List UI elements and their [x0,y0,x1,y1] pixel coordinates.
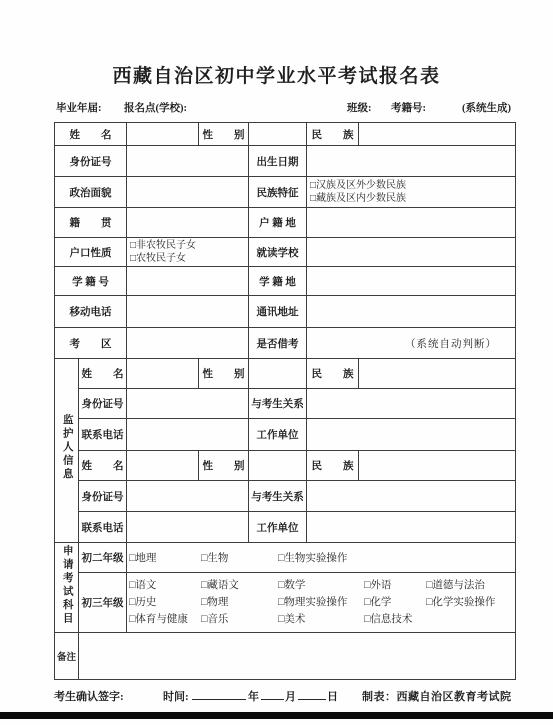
subject-checkbox-chinese: □语文 [129,577,201,594]
year-blank-line [192,688,246,700]
subject-checkbox-physics: □物理 [201,594,278,611]
guardian1-ethnicity-value [359,359,516,389]
address-value [307,296,516,328]
guardian1-gender-label: 性 别 [199,359,249,389]
address-label: 通讯地址 [249,296,307,328]
household-place-value [307,208,516,238]
birth-date-label: 出生日期 [249,146,307,177]
signature-label: 考生确认签字: [54,688,124,704]
year-label: 年 [248,688,259,704]
student-no-place-value [307,267,516,296]
borrowed-exam-note: （系统自动判断） [307,328,516,359]
political-status-label: 政治面貌 [55,177,127,208]
remarks-label: 备注 [55,633,79,680]
mobile-value [127,296,249,328]
school-label: 就读学校 [249,238,307,267]
student-name-value [127,123,199,146]
registration-point-label: 报名点(学校): [124,100,187,115]
month-label: 月 [285,688,296,704]
subject-checkbox-biology-lab: □生物实验操作 [278,550,515,565]
subject-checkbox-biology: □生物 [201,550,278,565]
exam-district-value [127,328,249,359]
household-type-option-checkbox: □农牧民子女 [130,252,248,265]
subject-checkbox-geography: □地理 [129,550,201,565]
grade2-label: 初二年级 [79,543,127,573]
subject-checkbox-math: □数学 [278,577,364,594]
exam-district-label: 考 区 [55,328,127,359]
guardian1-id-value [127,389,249,419]
subject-checkbox-pe-health: □体育与健康 [129,611,201,628]
student-gender-value [249,123,307,146]
ethnic-feature-label: 民族特征 [249,177,307,208]
bottom-black-bar [0,712,553,719]
native-place-label: 籍 贯 [55,208,127,238]
time-label: 时间: [163,688,189,704]
guardian2-ethnicity-label: 民 族 [307,451,359,481]
subject-checkbox-art: □美术 [278,611,364,628]
subject-checkbox-morality-law: □道德与法治 [426,577,515,594]
subject-checkbox-history: □历史 [129,594,201,611]
ethnic-feature-option-checkbox: □藏族及区内少数民族 [310,192,515,205]
household-place-label: 户 籍 地 [249,208,307,238]
mobile-label: 移动电话 [55,296,127,328]
subjects-section-label: 申请考试科目 [61,545,72,626]
remarks-value [79,633,516,680]
guardian1-relation-value [307,389,516,419]
grade2-subjects-cell: □地理 □生物 □生物实验操作 [127,543,516,573]
guardian2-ethnicity-value [359,451,516,481]
form-footer: 考生确认签字: 时间: 年 月 日 制表：西藏自治区教育考试院 [0,688,553,706]
subject-checkbox-foreign-language: □外语 [364,577,426,594]
guardian2-id-label: 身份证号 [79,481,127,512]
guardian-section-cell: 监护人信息 [55,359,79,543]
student-name-label: 姓 名 [55,123,127,146]
subject-checkbox-chemistry-lab: □化学实验操作 [426,594,515,611]
student-no-value [127,267,249,296]
subject-checkbox-music: □音乐 [201,611,278,628]
grade3-label: 初三年级 [79,573,127,633]
form-maker-label: 制表：西藏自治区教育考试院 [362,688,512,704]
guardian1-gender-value [249,359,307,389]
student-id-label: 身份证号 [55,146,127,177]
household-type-option-checkbox: □非农牧民子女 [130,239,248,252]
guardian2-workunit-value [307,512,516,543]
student-ethnicity-value [359,123,516,146]
guardian2-workunit-label: 工作单位 [249,512,307,543]
ethnic-feature-options: □汉族及区外少数民族 □藏族及区内少数民族 [307,177,516,208]
guardian1-workunit-value [307,419,516,451]
household-type-label: 户口性质 [55,238,127,267]
birth-date-value [307,146,516,177]
guardian-section-label: 监护人信息 [61,414,72,482]
student-id-value [127,146,249,177]
day-label: 日 [327,688,338,704]
guardian1-name-label: 姓 名 [79,359,127,389]
grade3-subjects-cell: □语文 □藏语文 □数学 □外语 □道德与法治 □历史 □物理 □物理实验操作 … [127,573,516,633]
exam-no-label: 考籍号: [391,100,426,115]
form-meta-row: 毕业年届: 报名点(学校): 班级: 考籍号: (系统生成) [0,100,553,120]
registration-table: 姓 名 性 别 民 族 身份证号 出生日期 政治面貌 民族特征 □汉族及区外少数… [54,122,516,680]
guardian2-phone-label: 联系电话 [79,512,127,543]
student-no-label: 学 籍 号 [55,267,127,296]
political-status-value [127,177,249,208]
student-ethnicity-label: 民 族 [307,123,359,146]
subject-checkbox-physics-lab: □物理实验操作 [278,594,364,611]
borrowed-exam-label: 是否借考 [249,328,307,359]
guardian2-relation-value [307,481,516,512]
subject-checkbox-it: □信息技术 [364,611,426,628]
household-type-options: □非农牧民子女 □农牧民子女 [127,238,249,267]
guardian1-relation-label: 与考生关系 [249,389,307,419]
subject-checkbox-chemistry: □化学 [364,594,426,611]
ethnic-feature-option-checkbox: □汉族及区外少数民族 [310,179,515,192]
class-label: 班级: [347,100,372,115]
guardian2-gender-label: 性 别 [199,451,249,481]
guardian2-name-label: 姓 名 [79,451,127,481]
subject-checkbox-tibetan: □藏语文 [201,577,278,594]
student-gender-label: 性 别 [199,123,249,146]
guardian2-relation-label: 与考生关系 [249,481,307,512]
school-value [307,238,516,267]
graduation-year-label: 毕业年届: [56,100,102,115]
student-no-place-label: 学 籍 地 [249,267,307,296]
guardian1-phone-label: 联系电话 [79,419,127,451]
guardian1-phone-value [127,419,249,451]
guardian1-id-label: 身份证号 [79,389,127,419]
day-blank-line [298,688,326,700]
guardian1-name-value [127,359,199,389]
subjects-section-cell: 申请考试科目 [55,543,79,633]
native-place-value [127,208,249,238]
registration-form-page: 西藏自治区初中学业水平考试报名表 毕业年届: 报名点(学校): 班级: 考籍号:… [0,0,553,725]
guardian1-workunit-label: 工作单位 [249,419,307,451]
guardian2-name-value [127,451,199,481]
month-blank-line [261,688,284,700]
system-generated-note: (系统生成) [462,100,511,115]
guardian1-ethnicity-label: 民 族 [307,359,359,389]
page-title: 西藏自治区初中学业水平考试报名表 [0,61,553,88]
guardian2-id-value [127,481,249,512]
guardian2-gender-value [249,451,307,481]
guardian2-phone-value [127,512,249,543]
